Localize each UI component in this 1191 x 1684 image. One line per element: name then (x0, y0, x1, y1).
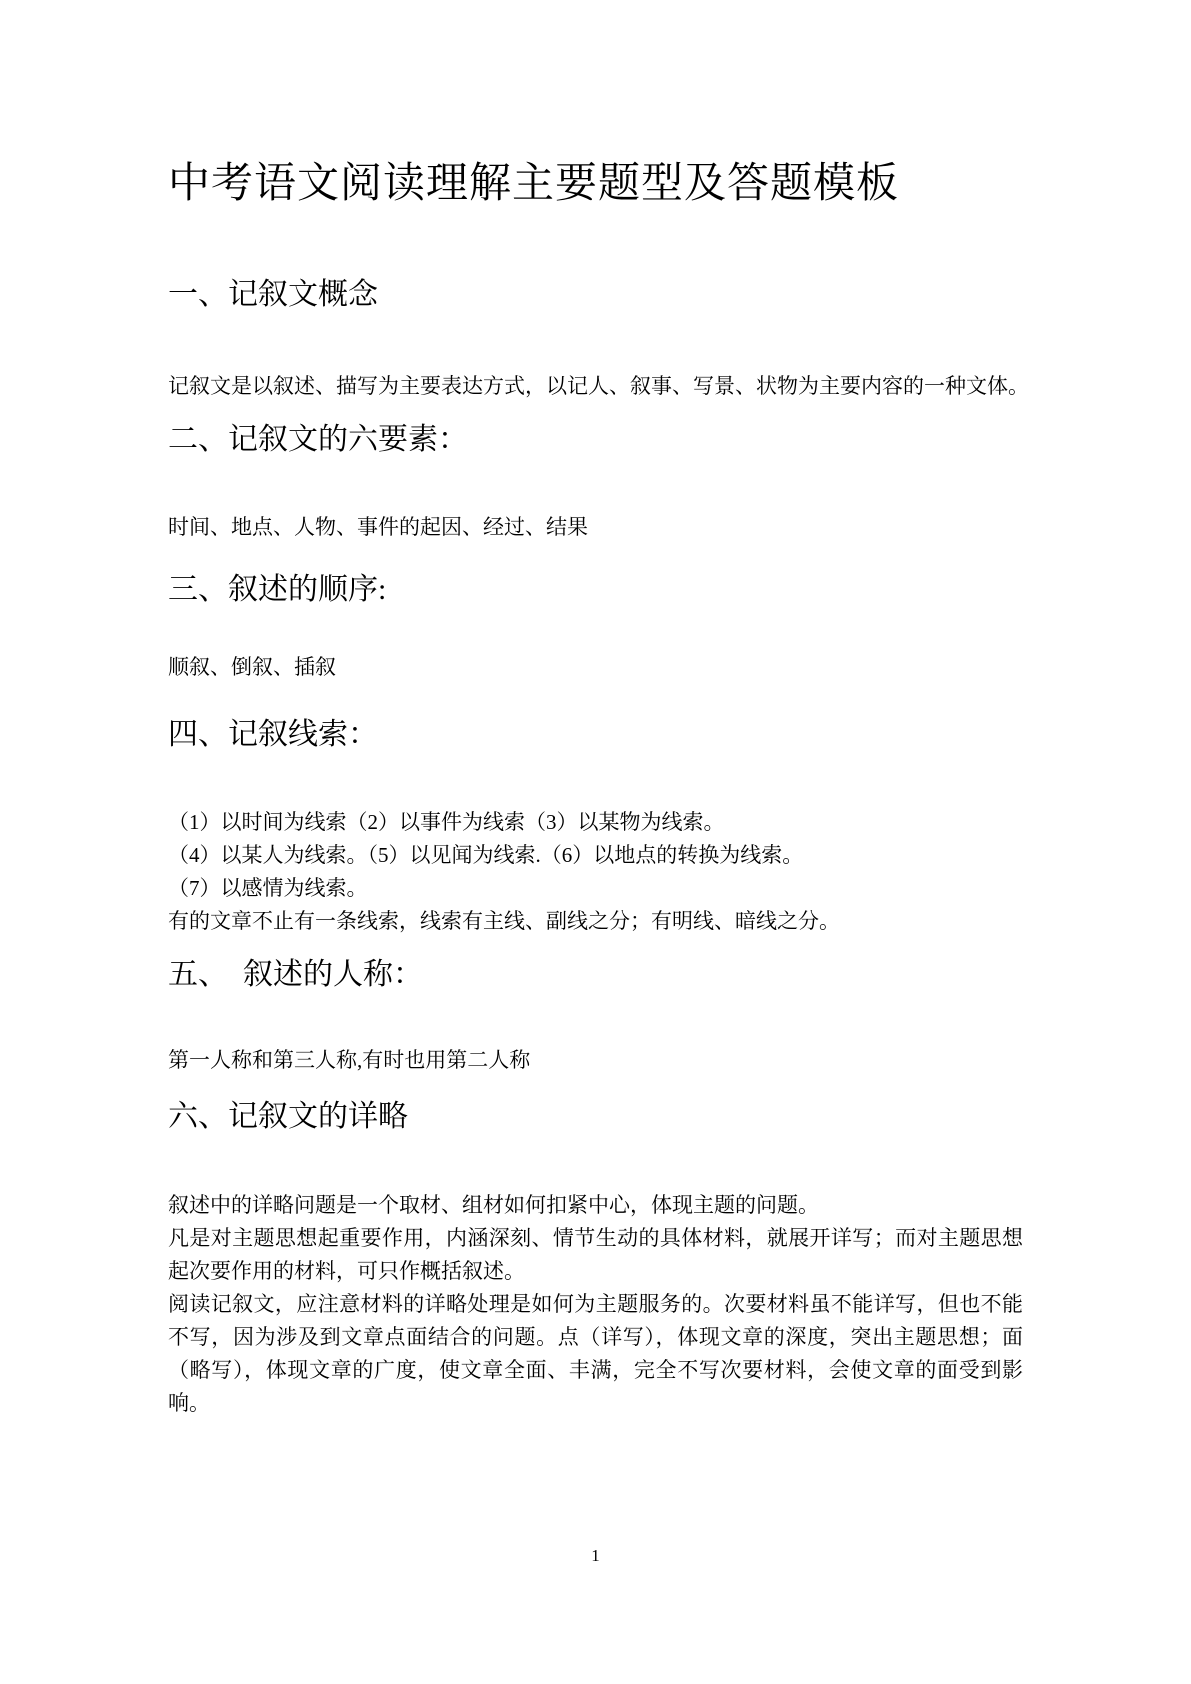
section-1-paragraph: 记叙文是以叙述、描写为主要表达方式，以记人、叙事、写景、状物为主要内容的一种文体… (168, 370, 1023, 403)
document-page: 中考语文阅读理解主要题型及答题模板 一、记叙文概念 记叙文是以叙述、描写为主要表… (0, 0, 1191, 1684)
page-number: 1 (0, 1546, 1191, 1566)
section-6-paragraph-3: 阅读记叙文，应注意材料的详略处理是如何为主题服务的。次要材料虽不能详写，但也不能… (168, 1288, 1023, 1420)
section-4-line-2: （4）以某人为线索。（5）以见闻为线索.（6）以地点的转换为线索。 (168, 839, 1023, 872)
section-2-paragraph: 时间、地点、人物、事件的起因、经过、结果 (168, 511, 1023, 544)
section-3-heading: 三、叙述的顺序: (168, 571, 1023, 609)
section-4-line-3: （7）以感情为线索。 (168, 872, 1023, 905)
section-6-paragraph-1: 叙述中的详略问题是一个取材、组材如何扣紧中心，体现主题的问题。 (168, 1189, 1023, 1222)
section-4-line-1: （1）以时间为线索（2）以事件为线索（3）以某物为线索。 (168, 806, 1023, 839)
section-6-heading: 六、记叙文的详略 (168, 1098, 1023, 1136)
section-2-heading: 二、记叙文的六要素： (168, 421, 1023, 459)
section-1-heading: 一、记叙文概念 (168, 276, 1023, 314)
section-5-paragraph: 第一人称和第三人称,有时也用第二人称 (168, 1044, 1023, 1077)
section-5-heading: 五、 叙述的人称： (168, 956, 1023, 994)
section-6-paragraph-2: 凡是对主题思想起重要作用，内涵深刻、情节生动的具体材料，就展开详写；而对主题思想… (168, 1222, 1023, 1288)
section-4-heading: 四、记叙线索： (168, 716, 1023, 754)
document-title: 中考语文阅读理解主要题型及答题模板 (168, 158, 1023, 211)
section-3-paragraph: 顺叙、倒叙、插叙 (168, 651, 1023, 684)
section-4-line-4: 有的文章不止有一条线索，线索有主线、副线之分；有明线、暗线之分。 (168, 905, 1023, 938)
